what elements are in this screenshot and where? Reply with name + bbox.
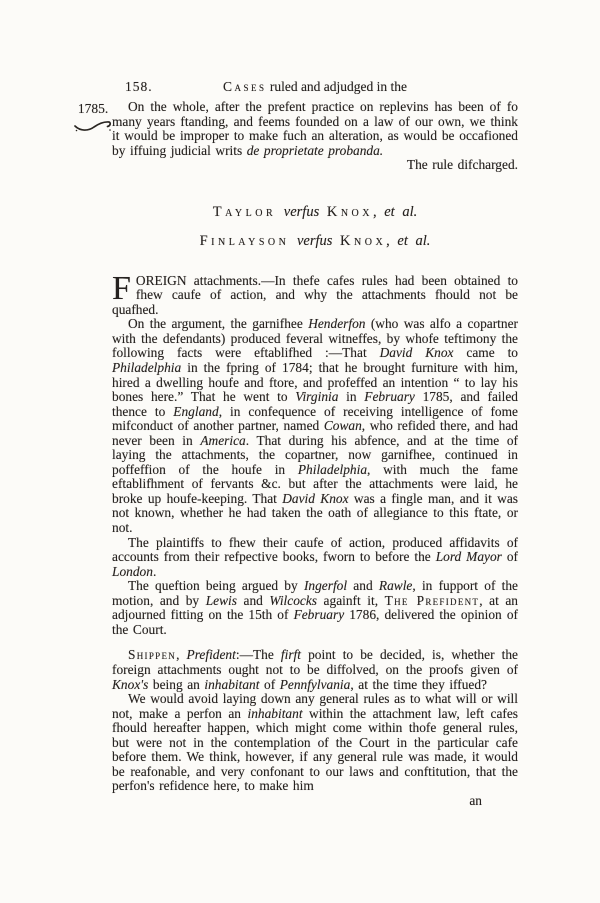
text-run: Lord Mayor bbox=[436, 549, 502, 564]
text-run: verfus bbox=[276, 204, 327, 220]
text-run: inhabitant bbox=[204, 677, 259, 692]
text-run: and bbox=[237, 593, 269, 608]
paragraph: The plaintiffs to fhew their caufe of ac… bbox=[112, 536, 518, 580]
text-run: de proprietate probanda. bbox=[247, 143, 383, 158]
paragraph: Shippen, Prefident:—The firft point to b… bbox=[112, 648, 518, 692]
brace-swash-icon bbox=[73, 117, 113, 132]
text-run: againft it, bbox=[317, 593, 385, 608]
paragraph-dropcap: FOREIGN attachments.—In thefe cafes rule… bbox=[112, 274, 518, 318]
text-run: Pennfylvania bbox=[280, 677, 351, 692]
running-header-rest: ruled and adjudged in the bbox=[266, 79, 407, 94]
text-run: David Knox bbox=[282, 491, 348, 506]
text-run: OREIGN attachments.—In thefe cafes rules… bbox=[112, 273, 518, 317]
text-run: England bbox=[173, 404, 218, 419]
text-run: in bbox=[338, 389, 364, 404]
catchword: an bbox=[112, 794, 518, 809]
text-run: inhabitant bbox=[247, 706, 302, 721]
margin-year-note: 1785. bbox=[68, 102, 118, 132]
text-run: et al. bbox=[384, 204, 417, 220]
text-run: Finlayson bbox=[200, 233, 290, 249]
page-number: 158. bbox=[125, 79, 153, 94]
text-run: and bbox=[347, 578, 379, 593]
text-run: an bbox=[469, 793, 482, 808]
margin-year-label: 1785. bbox=[78, 101, 108, 116]
text-run: Shippen bbox=[128, 647, 176, 662]
running-header: Cases ruled and adjudged in the bbox=[112, 79, 518, 94]
text-run: Wilcocks bbox=[269, 593, 317, 608]
text-run: of bbox=[502, 549, 518, 564]
text-run: verfus bbox=[289, 233, 340, 249]
text-body: On the whole, after the prefent practice… bbox=[112, 100, 518, 808]
running-header-lead: Cases bbox=[223, 79, 267, 94]
text-run: America bbox=[200, 433, 245, 448]
text-run: London bbox=[112, 564, 153, 579]
text-run: Knox bbox=[327, 204, 373, 220]
text-run: Henderfon bbox=[308, 316, 365, 331]
text-run: Ingerfol bbox=[304, 578, 347, 593]
text-run: :—The bbox=[236, 647, 281, 662]
text-run: Lewis bbox=[206, 593, 237, 608]
text-run: Cowan bbox=[324, 418, 362, 433]
text-run: came to bbox=[454, 345, 519, 360]
text-run: Philadelphia bbox=[112, 360, 181, 375]
drop-cap-letter: F bbox=[112, 274, 136, 302]
text-run: Prefident bbox=[187, 647, 236, 662]
paragraph: We would avoid laying down any general r… bbox=[112, 692, 518, 794]
text-run: On the argument, the garnifhee bbox=[128, 316, 308, 331]
running-header-row: 158. Cases ruled and adjudged in the bbox=[112, 79, 518, 96]
text-run: , bbox=[373, 204, 384, 220]
case-title-line: Finlayson verfus Knox, et al. bbox=[112, 233, 518, 249]
text-run: The Prefident bbox=[385, 593, 480, 608]
text-run: Philadelphia bbox=[298, 462, 367, 477]
text-run: Knox's bbox=[112, 677, 148, 692]
paragraph: The queftion being argued by Ingerfol an… bbox=[112, 579, 518, 637]
text-run: , bbox=[386, 233, 397, 249]
text-run: February bbox=[294, 607, 345, 622]
text-run: Knox bbox=[340, 233, 386, 249]
text-run: of bbox=[259, 677, 279, 692]
text-run: firft bbox=[281, 647, 301, 662]
paragraph: On the argument, the garnifhee Henderfon… bbox=[112, 317, 518, 535]
text-run: et al. bbox=[397, 233, 430, 249]
text-run: February bbox=[364, 389, 415, 404]
text-run: Virginia bbox=[295, 389, 338, 404]
paragraph: On the whole, after the prefent practice… bbox=[112, 100, 518, 158]
scanned-book-page: 158. Cases ruled and adjudged in the 178… bbox=[0, 0, 600, 903]
text-run: Rawle bbox=[379, 578, 412, 593]
text-run: Taylor bbox=[213, 204, 276, 220]
rule-discharged-line: The rule difcharged. bbox=[112, 158, 518, 173]
text-run: The queftion being argued by bbox=[128, 578, 304, 593]
text-run: , at the time they iffued? bbox=[350, 677, 487, 692]
case-title-line: Taylor verfus Knox, et al. bbox=[112, 204, 518, 220]
text-run: David Knox bbox=[380, 345, 454, 360]
text-run: The rule difcharged. bbox=[407, 157, 518, 172]
text-run: being an bbox=[148, 677, 204, 692]
text-run: . bbox=[153, 564, 156, 579]
text-run: , bbox=[176, 647, 186, 662]
